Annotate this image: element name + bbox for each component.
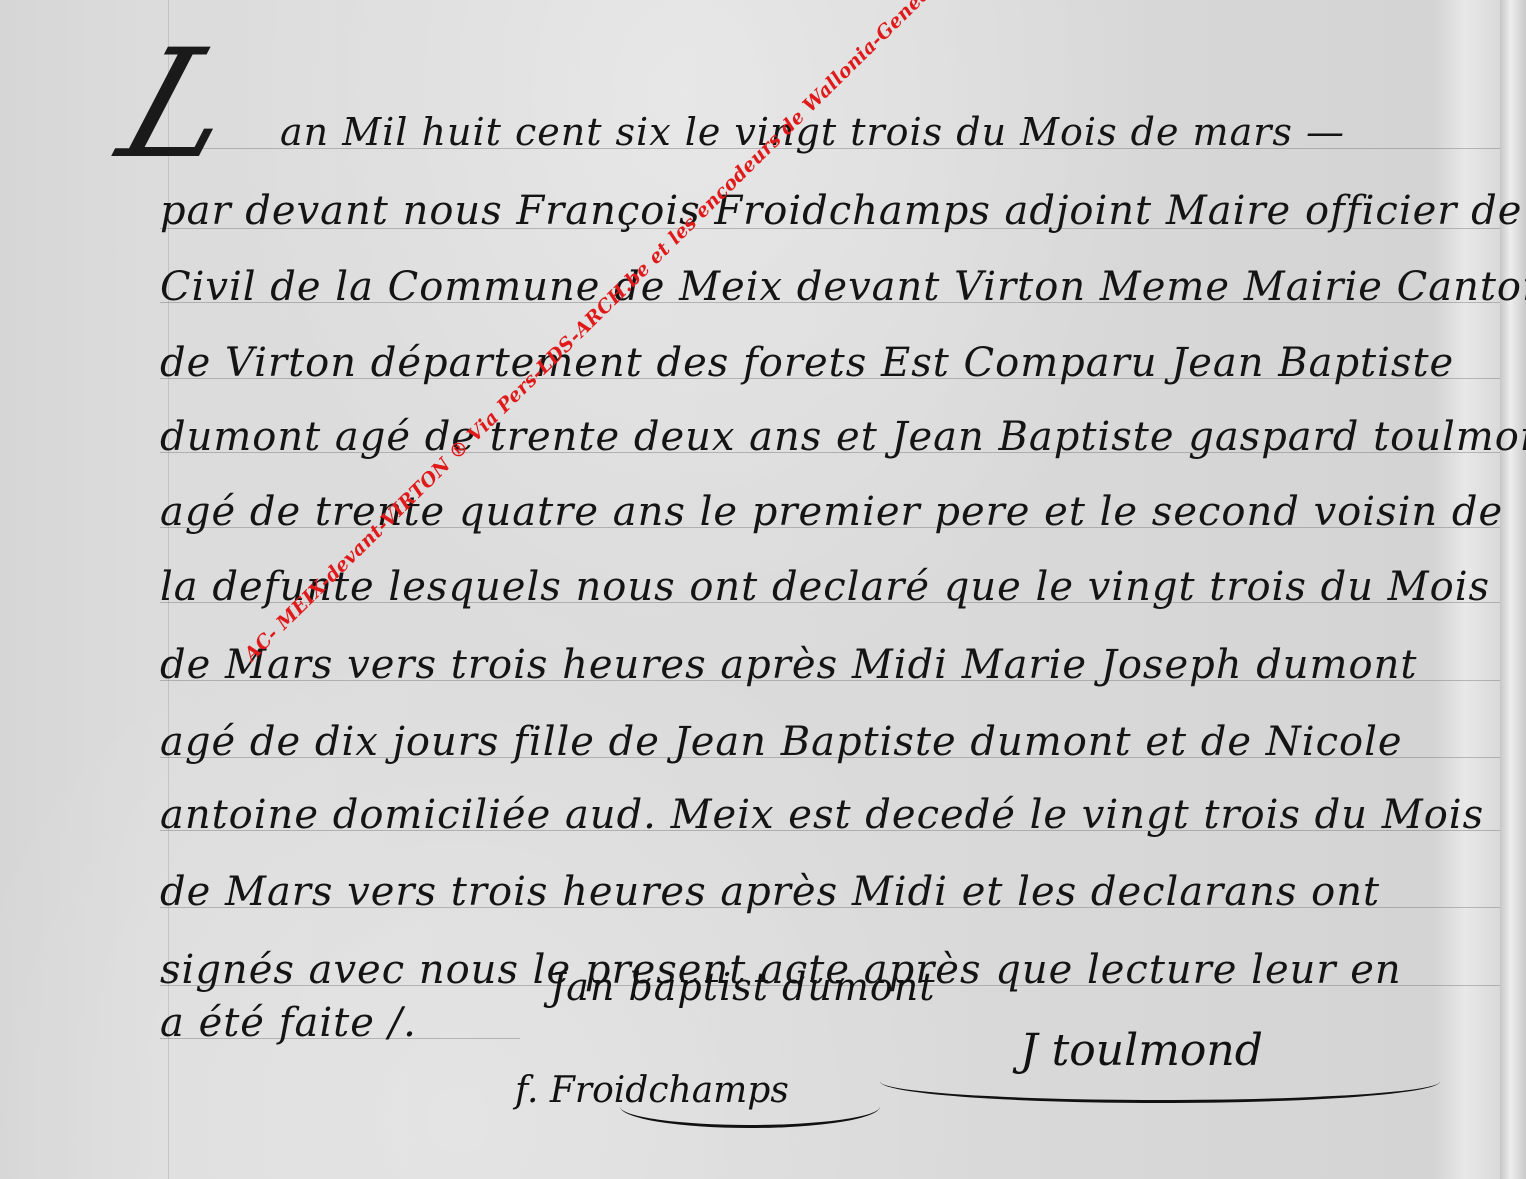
text-line-9: agé de dix jours fille de Jean Baptiste …	[160, 719, 1403, 765]
text-line-10: antoine domiciliée aud. Meix est decedé …	[160, 792, 1484, 838]
text-line-7: la defunte lesquels nous ont declaré que…	[160, 564, 1490, 610]
text-line-6: agé de trente quatre ans le premier pere…	[160, 489, 1503, 535]
text-line-13: a été faite /.	[160, 1000, 417, 1046]
page-edge	[1500, 0, 1526, 1179]
text-line-4: de Virton département des forets Est Com…	[160, 340, 1454, 386]
text-line-3: Civil de la Commune de Meix devant Virto…	[160, 264, 1526, 310]
signature-jean-baptiste-dumont: Jan baptist dumont	[550, 965, 935, 1009]
text-line-2-content: par devant nous François Froidchamps adj…	[160, 188, 1526, 234]
text-line-2: par devant nous François Froidchamps adj…	[160, 188, 1526, 234]
signature-flourish	[620, 1085, 880, 1128]
signature-flourish	[880, 1060, 1440, 1103]
text-line-5: dumont agé de trente deux ans et Jean Ba…	[160, 414, 1526, 460]
text-line-11: de Mars vers trois heures après Midi et …	[160, 869, 1380, 915]
scanned-page: L an Mil huit cent six le vingt trois du…	[0, 0, 1526, 1179]
text-line-8: de Mars vers trois heures après Midi Mar…	[160, 642, 1417, 688]
decorative-initial: L	[106, 30, 254, 180]
